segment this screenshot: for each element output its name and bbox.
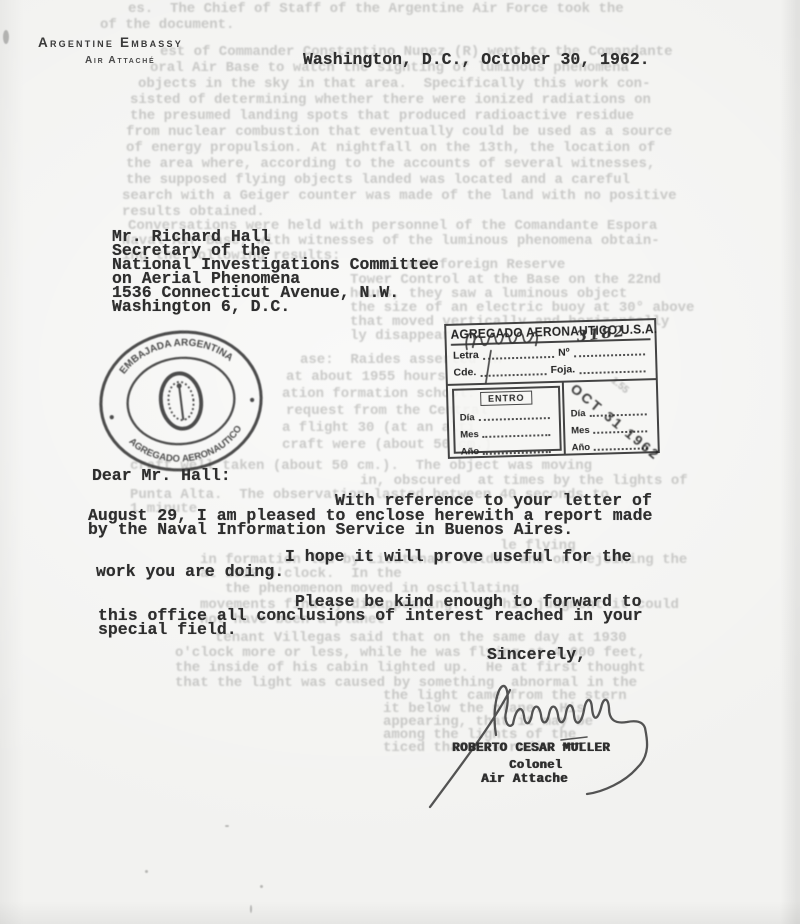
dotted-line bbox=[483, 346, 555, 360]
dotted-line bbox=[478, 407, 550, 421]
body-line: work you are doing. bbox=[96, 562, 284, 581]
ghost-line: tenant Villegas said that on the same da… bbox=[215, 630, 627, 646]
stamp-cde-label: Cde. bbox=[453, 366, 476, 380]
paper-speck bbox=[145, 870, 148, 873]
embassy-seal: EMBAJADA ARGENTINA AGREGADO AERONAUTICO bbox=[87, 316, 276, 486]
signer-rank: Colonel bbox=[509, 758, 562, 772]
paper-speck bbox=[225, 825, 229, 827]
date-line: Washington, D.C., October 30, 1962. bbox=[303, 50, 650, 69]
dotted-line bbox=[483, 424, 551, 438]
stamp-dia-label: Día bbox=[571, 408, 586, 419]
dotted-line bbox=[480, 363, 547, 377]
ghost-line: sisted of determining whether there were… bbox=[130, 92, 651, 108]
paper-speck bbox=[250, 905, 252, 913]
body-line: by the Naval Information Service in Buen… bbox=[88, 520, 573, 539]
stamp-mes-label: Mes bbox=[571, 425, 590, 437]
ghost-line: the presumed landing spots that produced… bbox=[130, 108, 634, 124]
scanned-letter-page: es. The Chief of Staff of the Argentine … bbox=[0, 0, 800, 924]
stamp-ano-label: Año bbox=[461, 446, 480, 458]
stamp-entro-cell: ENTRO Día Mes Año bbox=[452, 386, 562, 454]
ghost-line: of the document. bbox=[100, 17, 234, 33]
letterhead-embassy: Argentine Embassy bbox=[38, 35, 183, 50]
ghost-line: from nuclear combustion that eventually … bbox=[126, 124, 672, 140]
signer-name: ROBERTO CESAR MULLER bbox=[452, 741, 610, 755]
stamp-foja-label: Foja. bbox=[550, 363, 575, 377]
body-line: I hope it will prove useful for the bbox=[285, 547, 632, 566]
stamp-mes-label: Mes bbox=[460, 429, 479, 441]
seal-dot-right bbox=[250, 398, 255, 403]
faint-stamp-mark: 1.55 bbox=[609, 375, 631, 396]
stamp-letra-label: Letra bbox=[453, 349, 479, 363]
salutation: Dear Mr. Hall: bbox=[92, 466, 231, 485]
ghost-line: objects in the sky in that area. Specifi… bbox=[138, 76, 650, 92]
dotted-line bbox=[573, 343, 645, 357]
dotted-line bbox=[579, 360, 646, 374]
letterhead-air-attache: Air Attaché bbox=[85, 55, 155, 66]
stamp-no-label: Nº bbox=[558, 346, 570, 359]
seal-coat-of-arms bbox=[158, 371, 205, 431]
recipient-city: Washington 6, D.C. bbox=[112, 297, 290, 316]
paper-speck bbox=[3, 30, 9, 44]
paper-speck bbox=[260, 885, 263, 888]
signer-title: Air Attache bbox=[481, 772, 568, 786]
ghost-line: at about 1955 hours bbox=[286, 369, 446, 385]
body-line: special field. bbox=[98, 620, 237, 639]
stamp-salio-cell: Día Mes Año 1.55 OCT 31 1962 bbox=[562, 380, 658, 454]
seal-dot-left bbox=[109, 415, 114, 420]
embassy-routing-stamp: AGREGADO AERONAUTICO U.S.A. Letra Nº Cde… bbox=[444, 318, 660, 459]
stamp-grid: ENTRO Día Mes Año Día Mes Año 1.55 OCT 3… bbox=[448, 378, 658, 457]
stamp-dia-label: Día bbox=[460, 412, 475, 423]
ghost-line: of energy propulsion. At nightfall on th… bbox=[126, 140, 655, 156]
ghost-line: the supposed flying objects landed was l… bbox=[126, 172, 630, 188]
ghost-line: es. The Chief of Staff of the Argentine … bbox=[128, 1, 624, 17]
ghost-line: the area where, according to the account… bbox=[126, 156, 655, 172]
dotted-line bbox=[483, 441, 551, 455]
stamp-ano-label: Año bbox=[572, 442, 591, 454]
ghost-line: search with a Geiger counter was made of… bbox=[122, 188, 677, 204]
stamp-entro-label: ENTRO bbox=[480, 391, 533, 406]
